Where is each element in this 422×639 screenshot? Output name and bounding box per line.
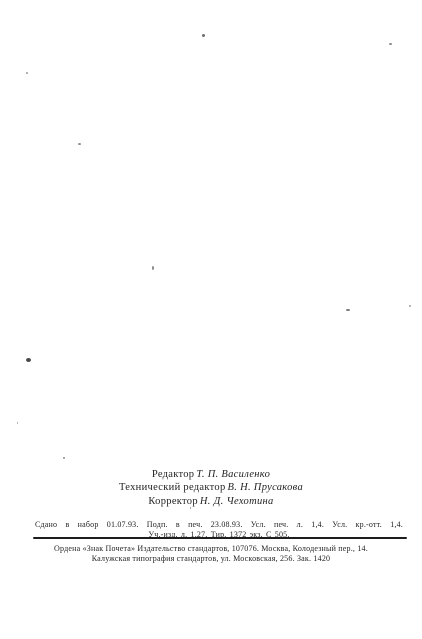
credit-role: Редактор <box>152 469 195 480</box>
divider-rule <box>33 537 407 539</box>
scan-speck <box>152 266 154 270</box>
credit-name: Н. Д. Чехотина <box>200 496 274 507</box>
credit-line-technical-editor: Технический редакторВ. Н. Прусакова <box>0 481 422 494</box>
imprint-print-data-line: Сдано в набор 01.07.93. Подп. в печ. 23.… <box>35 520 403 530</box>
scan-speck <box>26 72 28 74</box>
scan-speck <box>346 309 350 311</box>
scan-speck <box>389 43 392 45</box>
publisher-block: Ордена «Знак Почета» Издательство станда… <box>19 544 403 564</box>
credit-role: Корректор <box>148 496 198 507</box>
credit-name: В. Н. Прусакова <box>228 482 304 493</box>
credit-role: Технический редактор <box>119 482 226 493</box>
credit-line-editor: РедакторТ. П. Василенко <box>0 468 422 481</box>
scan-speck <box>78 143 81 145</box>
scan-speck <box>17 422 18 424</box>
credit-name: Т. П. Василенко <box>196 469 270 480</box>
scan-speck <box>409 305 411 307</box>
scan-speck <box>190 507 191 509</box>
scanned-book-page: РедакторТ. П. Василенко Технический реда… <box>0 0 422 639</box>
printing-house-line: Калужская типография стандартов, ул. Мос… <box>19 554 403 564</box>
scan-speck <box>202 34 205 37</box>
credits-block: РедакторТ. П. Василенко Технический реда… <box>0 468 422 508</box>
credit-line-proofreader: КорректорН. Д. Чехотина <box>0 495 422 508</box>
scan-speck <box>26 358 31 362</box>
publisher-address-line: Ордена «Знак Почета» Издательство станда… <box>19 544 403 554</box>
scan-speck <box>63 457 65 459</box>
